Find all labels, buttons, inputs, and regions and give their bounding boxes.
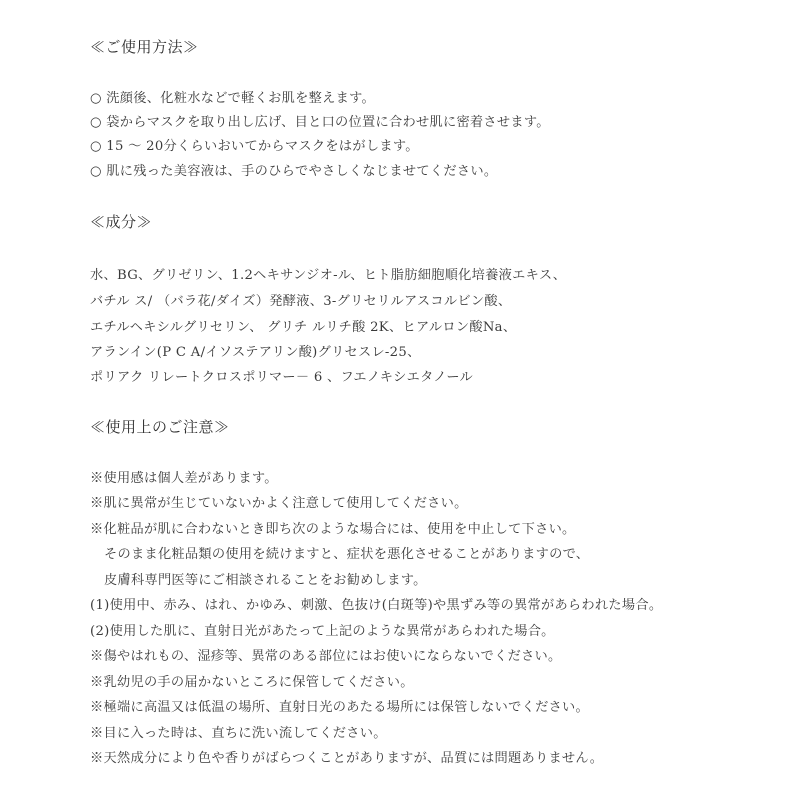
caution-line-9: ※乳幼児の手の届かないところに保管してください。 xyxy=(90,671,414,690)
caution-line-10: ※極端に高温又は低温の場所、直射日光のあたる場所には保管しないでください。 xyxy=(90,696,589,715)
caution-line-8: ※傷やはれもの、湿疹等、異常のある部位にはお使いにならないでください。 xyxy=(90,645,562,664)
caution-line-4: そのまま化粧品類の使用を続けますと、症状を悪化させることがありますので、 xyxy=(104,543,589,562)
ingredients-line-4: アランイン(P C A/イソステアリン酸)グリセスレ-25、 xyxy=(90,341,421,360)
caution-line-12: ※天然成分により色や香りがばらつくことがありますが、品質には問題ありません。 xyxy=(90,747,603,766)
usage-heading: ≪ご使用方法≫ xyxy=(90,36,199,57)
caution-line-1: ※使用感は個人差があります。 xyxy=(90,467,278,486)
ingredients-line-3: エチルヘキシルグリセリン、 グリチ ルリチ酸 2K、ヒアルロン酸Na、 xyxy=(90,316,516,335)
usage-step-4: ○ 肌に残った美容液は、手のひらでやさしくなじませてください。 xyxy=(90,160,497,179)
usage-step-2: ○ 袋からマスクを取り出し広げ、目と口の位置に合わせ肌に密着させます。 xyxy=(90,111,550,130)
caution-line-3: ※化粧品が肌に合わないとき即ち次のような場合には、使用を中止して下さい。 xyxy=(90,518,576,537)
caution-line-5: 皮膚科専門医等にご相談されることをお勧めします。 xyxy=(104,569,427,588)
ingredients-line-1: 水、BG、グリゼリン、1.2ヘキサンジオ-ル、ヒト脂肪細胞順化培養液エキス、 xyxy=(90,264,566,283)
ingredients-line-2: バチル ス/ （バラ花/ダイズ）発酵液、3-グリセリルアスコルビン酸、 xyxy=(90,290,511,309)
usage-step-1: ○ 洗顔後、化粧水などで軽くお肌を整えます。 xyxy=(90,87,375,106)
usage-step-3: ○ 15 ～ 20分くらいおいてからマスクをはがします。 xyxy=(90,135,419,154)
caution-line-2: ※肌に異常が生じていないかよく注意して使用してください。 xyxy=(90,492,468,511)
caution-line-11: ※目に入った時は、直ちに洗い流してください。 xyxy=(90,722,387,741)
ingredients-heading: ≪成分≫ xyxy=(90,211,152,232)
cautions-heading: ≪使用上のご注意≫ xyxy=(90,416,230,437)
caution-line-6: (1)使用中、赤み、はれ、かゆみ、刺激、色抜け(白斑等)や黒ずみ等の異常があらわ… xyxy=(90,594,662,613)
ingredients-line-5: ポリアク リレートクロスポリマー－ 6 、フエノキシエタノール xyxy=(90,366,473,385)
caution-line-7: (2)使用した肌に、直射日光があたって上記のような異常があらわれた場合。 xyxy=(90,620,555,639)
